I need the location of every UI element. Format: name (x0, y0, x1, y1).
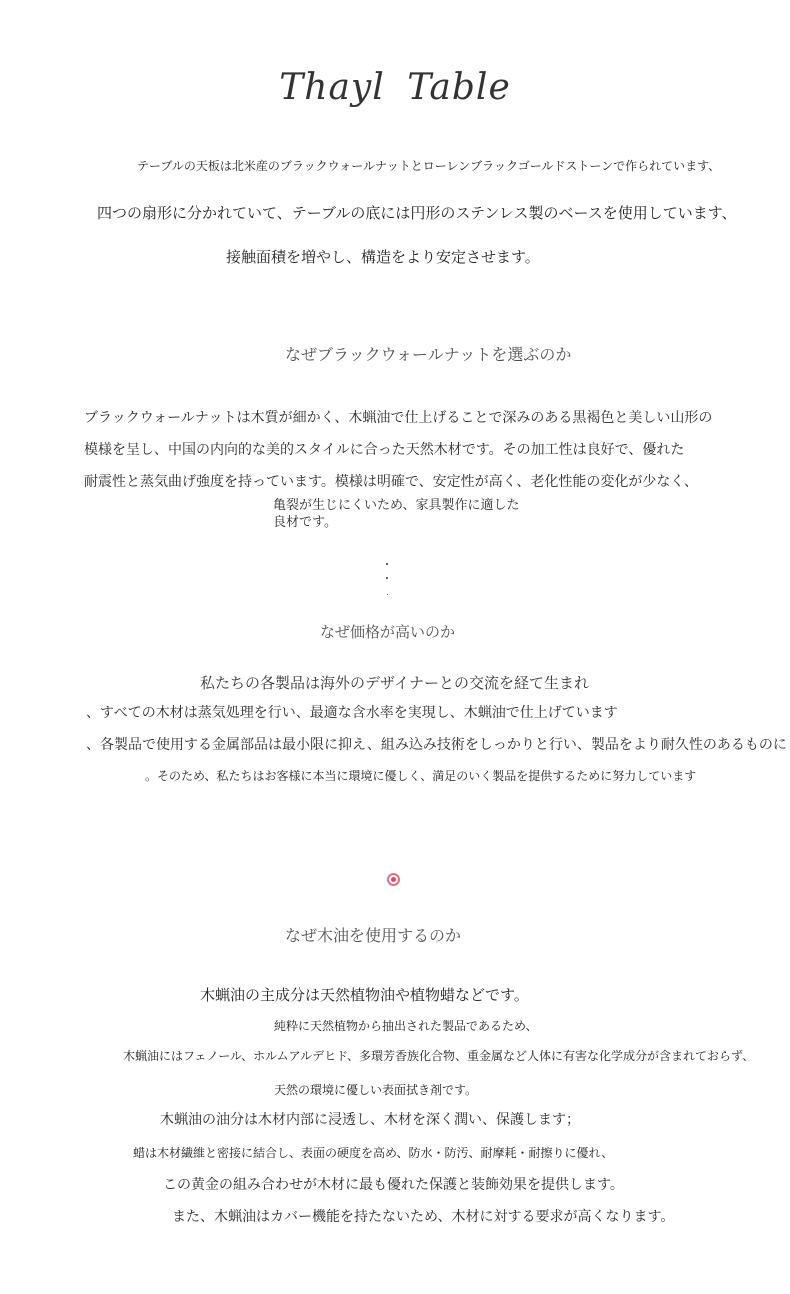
walnut-line-1: ブラックウォールナットは木質が細かく、木蝋油で仕上げることで深みのある黒褐色と美… (84, 411, 712, 425)
intro-line-1: テーブルの天板は北米産のブラックウォールナットとローレンブラックゴールドストーン… (137, 160, 720, 172)
price-line-3: 、各製品で使用する金属部品は最小限に抑え、組み込み技術をしっかりと行い、製品をよ… (86, 738, 790, 752)
price-line-4: 。そのため、私たちはお客様に本当に環境に優しく、満足のいく製品を提供するために努… (145, 770, 696, 782)
divider-dot (386, 563, 388, 565)
walnut-line-4: 亀裂が生じにくいため、家具製作に適した (273, 499, 519, 512)
oil-line-5: 木蝋油の油分は木材内部に浸透し、木材を深く潤い、保護します； (160, 1113, 580, 1127)
section-heading-oil: なぜ木油を使用するのか (285, 928, 461, 944)
oil-line-7: この黄金の組み合わせが木材に最も優れた保護と装飾効果を提供します。 (163, 1178, 624, 1192)
section-heading-price: なぜ価格が高いのか (320, 625, 455, 640)
oil-line-8: また、木蝋油はカバー機能を持たないため、木材に対する要求が高くなります。 (172, 1210, 674, 1224)
walnut-line-5: 良材です。 (273, 516, 337, 529)
oil-line-3: 木蝋油にはフェノール、ホルムアルデヒド、多環芳香族化合物、重金属など人体に有害な… (123, 1050, 754, 1062)
oil-line-4: 天然の環境に優しい表面拭き剤です。 (274, 1084, 477, 1096)
intro-line-2: 四つの扇形に分かれていて、テーブルの底には円形のステンレス製のベースを使用してい… (97, 206, 737, 221)
oil-line-2: 純粋に天然植物から抽出された製品であるため、 (274, 1020, 538, 1032)
intro-line-3: 接触面積を増やし、構造をより安定させます。 (226, 250, 540, 265)
walnut-line-2: 模様を呈し、中国の内向的な美的スタイルに合った天然木材です。その加工性は良好で、… (84, 443, 684, 457)
page-title: Thayl Table (0, 70, 790, 106)
divider-dot (387, 594, 388, 595)
target-icon (387, 873, 400, 886)
oil-line-1: 木蝋油の主成分は天然植物油や植物蜡などです。 (200, 988, 529, 1003)
walnut-line-3: 耐震性と蒸気曲げ強度を持っています。模様は明確で、安定性が高く、老化性能の変化が… (84, 475, 698, 489)
price-line-1: 私たちの各製品は海外のデザイナーとの交流を経て生まれ (200, 676, 589, 691)
oil-line-6: 蜡は木材繊維と密接に結合し、表面の硬度を高め、防水・防汚、耐摩耗・耐擦りに優れ、 (133, 1147, 613, 1159)
section-heading-walnut: なぜブラックウォールナットを選ぶのか (285, 347, 571, 363)
divider-dot (386, 577, 388, 579)
price-line-2: 、すべての木材は蒸気処理を行い、最適な含水率を実現し、木蝋油で仕上げています (86, 706, 618, 720)
